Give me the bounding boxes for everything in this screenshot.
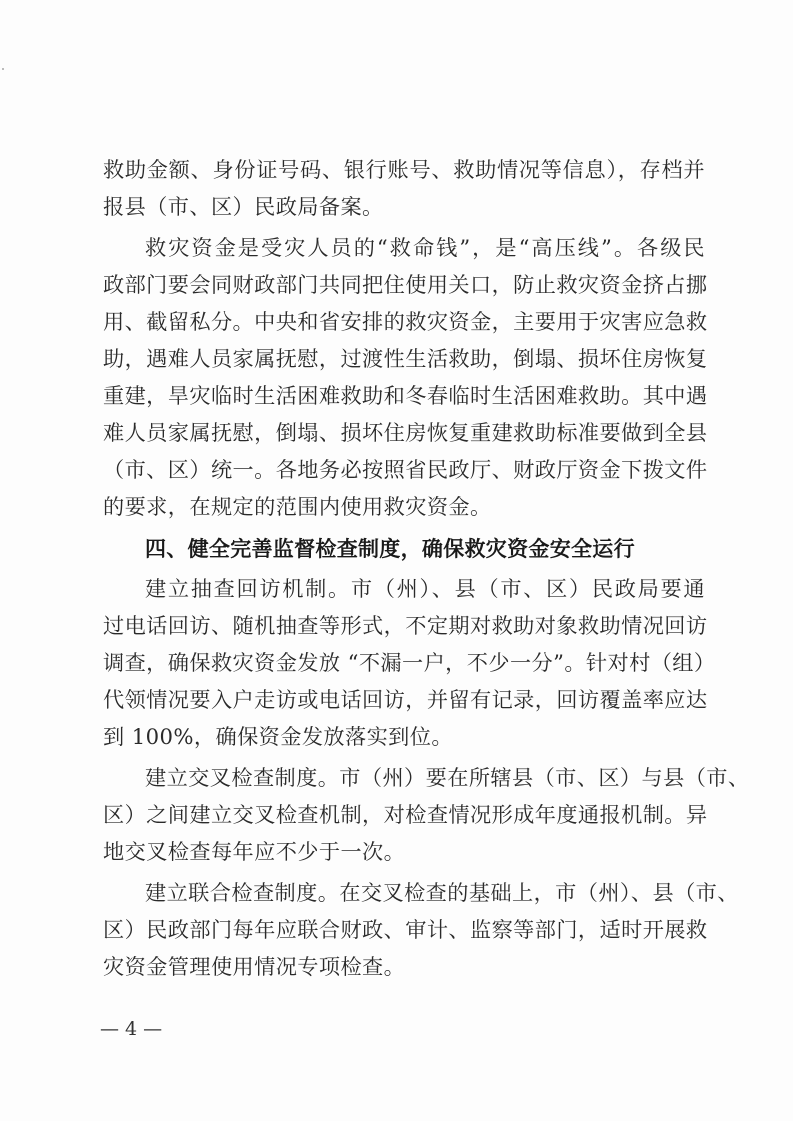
paragraph-line: 的要求，在规定的范围内使用救灾资金。 (103, 494, 705, 520)
paragraph-line: 调查，确保救灾资金发放 “不漏一户，不少一分”。针对村（组） (103, 650, 705, 676)
paragraph-line: 过电话回访、随机抽查等形式，不定期对救助对象救助情况回访 (103, 613, 705, 639)
paragraph-line: 地交叉检查每年应不少于一次。 (103, 839, 705, 865)
paragraph-line: 区）民政部门每年应联合财政、审计、监察等部门，适时开展救 (103, 917, 705, 943)
paragraph-line: 救灾资金是受灾人员的“救命钱”，是“高压线”。各级民 (145, 235, 705, 261)
section-heading: 四、健全完善监督检查制度，确保救灾资金安全运行 (145, 536, 635, 562)
paragraph-line: （市、区）统一。各地务必按照省民政厅、财政厅资金下拨文件 (103, 457, 705, 483)
paragraph-line: 用、截留私分。中央和省安排的救灾资金，主要用于灾害应急救 (103, 309, 705, 335)
paragraph-line: 难人员家属抚慰，倒塌、损坏住房恢复重建救助标准要做到全县 (103, 420, 705, 446)
paragraph-line: 建立联合检查制度。在交叉检查的基础上，市（州）、县（市、 (145, 880, 705, 906)
paragraph-line: 建立抽查回访机制。市（州）、县（市、区）民政局要通 (145, 576, 705, 602)
paragraph-line: 助，遇难人员家属抚慰，过渡性生活救助，倒塌、损坏住房恢复 (103, 346, 705, 372)
paragraph-line: 到 100%，确保资金发放落实到位。 (103, 724, 705, 750)
paragraph-line: 代领情况要入户走访或电话回访，并留有记录，回访覆盖率应达 (103, 687, 705, 713)
paragraph-line: 灾资金管理使用情况专项检查。 (103, 954, 705, 980)
document-page: 救助金额、身份证号码、银行账号、救助情况等信息），存档并 报县（市、区）民政局备… (0, 0, 793, 1121)
scan-artifact (2, 68, 4, 70)
page-number: — 4 — (100, 1018, 162, 1040)
paragraph-line: 建立交叉检查制度。市（州）要在所辖县（市、区）与县（市、 (145, 765, 705, 791)
paragraph-line: 政部门要会同财政部门共同把住使用关口，防止救灾资金挤占挪 (103, 272, 705, 298)
paragraph-line: 区）之间建立交叉检查机制，对检查情况形成年度通报机制。异 (103, 802, 705, 828)
paragraph-line: 重建，旱灾临时生活困难救助和冬春临时生活困难救助。其中遇 (103, 383, 705, 409)
paragraph-line: 报县（市、区）民政局备案。 (103, 194, 705, 220)
paragraph-line: 救助金额、身份证号码、银行账号、救助情况等信息），存档并 (103, 157, 705, 183)
